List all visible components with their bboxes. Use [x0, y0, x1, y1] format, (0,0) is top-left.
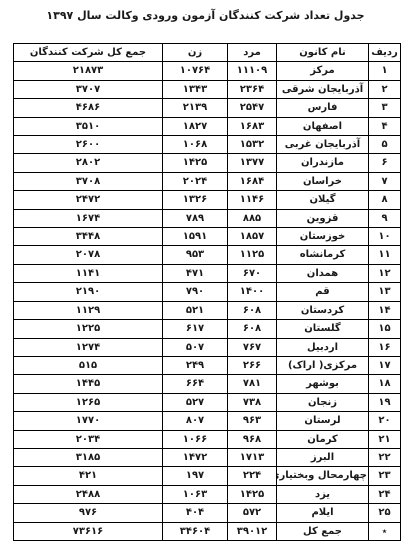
cell-total: ۲۸۰۲: [14, 154, 163, 172]
table-row: ۵آذربایجان غربی۱۵۳۲۱۰۶۸۲۶۰۰: [14, 136, 401, 154]
document-page: جدول تعداد شرکت کنندگان آزمون ورودی وکال…: [0, 0, 411, 560]
cell-women: ۶۱۷: [163, 320, 228, 338]
cell-women: ۱۵۹۱: [163, 228, 228, 246]
cell-row-number: ۱: [369, 62, 401, 80]
cell-women: ۵۲۱: [163, 301, 228, 319]
cell-bar-association: آذربایجان غربی: [277, 136, 369, 154]
cell-men: ۷۸۱: [228, 375, 277, 393]
cell-bar-association: اصفهان: [277, 117, 369, 135]
cell-row-number: ۱۶: [369, 338, 401, 356]
cell-men: ۹۶۳: [228, 412, 277, 430]
cell-men: ۱۶۸۴: [228, 172, 277, 190]
cell-total: ۲۰۳۴: [14, 430, 163, 448]
cell-row-number: ۲۲: [369, 448, 401, 466]
cell-men: ۶۷۰: [228, 264, 277, 282]
cell-men: ۲۶۶: [228, 356, 277, 374]
header-row: ردیف نام کانون مرد زن جمع کل شرکت کنندگا…: [14, 44, 401, 62]
cell-men: ۱۶۸۳: [228, 117, 277, 135]
cell-bar-association: خراسان: [277, 172, 369, 190]
cell-total: ۹۷۶: [14, 504, 163, 522]
cell-women: ۹۵۳: [163, 246, 228, 264]
cell-women: ۱۰۶۶: [163, 430, 228, 448]
table-row: ۱۲همدان۶۷۰۴۷۱۱۱۴۱: [14, 264, 401, 282]
column-header-bar-association: نام کانون: [277, 44, 369, 62]
cell-men: ۳۹۰۱۲: [228, 522, 277, 540]
cell-total: ۲۴۷۲: [14, 191, 163, 209]
cell-women: ۷۸۹: [163, 209, 228, 227]
cell-men: ۸۸۵: [228, 209, 277, 227]
cell-men: ۹۶۸: [228, 430, 277, 448]
table-row: ۱۰خوزستان۱۸۵۷۱۵۹۱۳۴۴۸: [14, 228, 401, 246]
cell-men: ۷۶۷: [228, 338, 277, 356]
cell-row-number: ۲۱: [369, 430, 401, 448]
cell-row-number: ۲۰: [369, 412, 401, 430]
cell-bar-association: اردبیل: [277, 338, 369, 356]
table-row: ۲۰لرستان۹۶۳۸۰۷۱۷۷۰: [14, 412, 401, 430]
cell-men: ۱۱۲۵: [228, 246, 277, 264]
cell-men: ۲۳۶۴: [228, 80, 277, 98]
cell-women: ۲۰۲۴: [163, 172, 228, 190]
cell-row-number: ۱۵: [369, 320, 401, 338]
cell-total: ۳۷۰۸: [14, 172, 163, 190]
cell-total: ۱۷۷۰: [14, 412, 163, 430]
table-row: ۱۳قم۱۴۰۰۷۹۰۲۱۹۰: [14, 283, 401, 301]
cell-row-number: ۲۴: [369, 485, 401, 503]
cell-women: ۸۰۷: [163, 412, 228, 430]
cell-men: ۱۱۴۶: [228, 191, 277, 209]
cell-women: ۱۹۷: [163, 467, 228, 485]
cell-men: ۱۸۵۷: [228, 228, 277, 246]
cell-men: ۱۳۷۷: [228, 154, 277, 172]
cell-total: ۳۴۴۸: [14, 228, 163, 246]
cell-women: ۱۴۲۵: [163, 154, 228, 172]
cell-total: ۲۴۸۸: [14, 485, 163, 503]
table-row: ٭جمع کل۳۹۰۱۲۳۴۶۰۴۷۳۶۱۶: [14, 522, 401, 540]
cell-women: ۱۰۷۶۴: [163, 62, 228, 80]
cell-total: ۱۱۴۱: [14, 264, 163, 282]
cell-bar-association: زنجان: [277, 393, 369, 411]
cell-men: ۲۲۴: [228, 467, 277, 485]
cell-women: ۴۷۱: [163, 264, 228, 282]
cell-total: ۱۶۷۴: [14, 209, 163, 227]
cell-total: ۱۲۶۵: [14, 393, 163, 411]
table-row: ۲۴یزد۱۴۲۵۱۰۶۳۲۴۸۸: [14, 485, 401, 503]
cell-bar-association: آذربایجان شرقی: [277, 80, 369, 98]
cell-bar-association: کرمانشاه: [277, 246, 369, 264]
cell-total: ۱۴۴۵: [14, 375, 163, 393]
cell-women: ۶۶۴: [163, 375, 228, 393]
cell-row-number: ۲: [369, 80, 401, 98]
column-header-men: مرد: [228, 44, 277, 62]
page-title: جدول تعداد شرکت کنندگان آزمون ورودی وکال…: [0, 9, 411, 22]
cell-row-number: ۹: [369, 209, 401, 227]
cell-total: ۲۶۰۰: [14, 136, 163, 154]
cell-bar-association: بوشهر: [277, 375, 369, 393]
table-row: ۷خراسان۱۶۸۴۲۰۲۴۳۷۰۸: [14, 172, 401, 190]
table-row: ۲۵ایلام۵۷۲۴۰۴۹۷۶: [14, 504, 401, 522]
cell-total: ۳۱۸۵: [14, 448, 163, 466]
table-row: ۱۱کرمانشاه۱۱۲۵۹۵۳۲۰۷۸: [14, 246, 401, 264]
cell-row-number: ۸: [369, 191, 401, 209]
cell-row-number: ۲۵: [369, 504, 401, 522]
cell-bar-association: ایلام: [277, 504, 369, 522]
cell-women: ۴۰۴: [163, 504, 228, 522]
table-row: ۱۷مرکزی( اراک)۲۶۶۲۴۹۵۱۵: [14, 356, 401, 374]
cell-bar-association: لرستان: [277, 412, 369, 430]
cell-men: ۱۵۳۲: [228, 136, 277, 154]
cell-women: ۱۳۴۳: [163, 80, 228, 98]
cell-row-number: ۱۳: [369, 283, 401, 301]
cell-total: ۱۲۷۴: [14, 338, 163, 356]
table-row: ۱۶اردبیل۷۶۷۵۰۷۱۲۷۴: [14, 338, 401, 356]
cell-bar-association: قم: [277, 283, 369, 301]
cell-bar-association: قزوین: [277, 209, 369, 227]
cell-women: ۵۰۷: [163, 338, 228, 356]
table-row: ۲آذربایجان شرقی۲۳۶۴۱۳۴۳۳۷۰۷: [14, 80, 401, 98]
cell-men: ۱۱۱۰۹: [228, 62, 277, 80]
table-row: ۲۳چهارمحال وبختیاری۲۲۴۱۹۷۴۲۱: [14, 467, 401, 485]
cell-total: ۲۱۸۷۳: [14, 62, 163, 80]
cell-total: ۳۵۱۰: [14, 117, 163, 135]
cell-row-number: ۲۳: [369, 467, 401, 485]
cell-row-number: ۱۸: [369, 375, 401, 393]
table-row: ۳فارس۲۵۴۷۲۱۳۹۴۶۸۶: [14, 99, 401, 117]
column-header-total: جمع کل شرکت کنندگان: [14, 44, 163, 62]
cell-bar-association: کردستان: [277, 301, 369, 319]
cell-women: ۱۰۶۸: [163, 136, 228, 154]
cell-total: ۳۷۰۷: [14, 80, 163, 98]
cell-row-number: ۵: [369, 136, 401, 154]
cell-women: ۲۴۹: [163, 356, 228, 374]
cell-bar-association: یزد: [277, 485, 369, 503]
column-header-women: زن: [163, 44, 228, 62]
cell-row-number: ۱۹: [369, 393, 401, 411]
cell-total: ۱۱۲۹: [14, 301, 163, 319]
cell-bar-association: مرکزی( اراک): [277, 356, 369, 374]
table-row: ۱۴کردستان۶۰۸۵۲۱۱۱۲۹: [14, 301, 401, 319]
cell-women: ۱۴۷۲: [163, 448, 228, 466]
cell-row-number: ۶: [369, 154, 401, 172]
cell-men: ۱۴۲۵: [228, 485, 277, 503]
cell-bar-association: البرز: [277, 448, 369, 466]
cell-row-number: ۳: [369, 99, 401, 117]
cell-bar-association: خوزستان: [277, 228, 369, 246]
cell-men: ۵۷۲: [228, 504, 277, 522]
table-row: ۲۲البرز۱۷۱۳۱۴۷۲۳۱۸۵: [14, 448, 401, 466]
table-row: ۶مازندران۱۳۷۷۱۴۲۵۲۸۰۲: [14, 154, 401, 172]
table-row: ۱۵گلستان۶۰۸۶۱۷۱۲۲۵: [14, 320, 401, 338]
cell-bar-association: کرمان: [277, 430, 369, 448]
table-row: ۱۹زنجان۷۳۸۵۲۷۱۲۶۵: [14, 393, 401, 411]
cell-bar-association: گلستان: [277, 320, 369, 338]
cell-total: ۵۱۵: [14, 356, 163, 374]
table-row: ۴اصفهان۱۶۸۳۱۸۲۷۳۵۱۰: [14, 117, 401, 135]
table-row: ۸گیلان۱۱۴۶۱۳۲۶۲۴۷۲: [14, 191, 401, 209]
cell-women: ۱۳۲۶: [163, 191, 228, 209]
cell-women: ۱۰۶۳: [163, 485, 228, 503]
cell-row-number: ۱۰: [369, 228, 401, 246]
cell-women: ۷۹۰: [163, 283, 228, 301]
participants-table: ردیف نام کانون مرد زن جمع کل شرکت کنندگا…: [13, 43, 401, 541]
cell-bar-association: فارس: [277, 99, 369, 117]
cell-row-number: ۱۷: [369, 356, 401, 374]
table-row: ۱۸بوشهر۷۸۱۶۶۴۱۴۴۵: [14, 375, 401, 393]
cell-men: ۶۰۸: [228, 301, 277, 319]
cell-bar-association: مازندران: [277, 154, 369, 172]
table-row: ۱مرکز۱۱۱۰۹۱۰۷۶۴۲۱۸۷۳: [14, 62, 401, 80]
cell-women: ۲۱۳۹: [163, 99, 228, 117]
cell-row-number: ۱۲: [369, 264, 401, 282]
cell-total: ۴۲۱: [14, 467, 163, 485]
cell-men: ۲۵۴۷: [228, 99, 277, 117]
cell-men: ۱۴۰۰: [228, 283, 277, 301]
cell-row-number: ۴: [369, 117, 401, 135]
cell-men: ۷۳۸: [228, 393, 277, 411]
cell-women: ۵۲۷: [163, 393, 228, 411]
cell-row-number: ٭: [369, 522, 401, 540]
cell-row-number: ۱۴: [369, 301, 401, 319]
cell-men: ۱۷۱۳: [228, 448, 277, 466]
column-header-row-number: ردیف: [369, 44, 401, 62]
cell-bar-association: جمع کل: [277, 522, 369, 540]
cell-bar-association: مرکز: [277, 62, 369, 80]
cell-row-number: ۷: [369, 172, 401, 190]
cell-bar-association: همدان: [277, 264, 369, 282]
cell-row-number: ۱۱: [369, 246, 401, 264]
cell-bar-association: گیلان: [277, 191, 369, 209]
cell-women: ۱۸۲۷: [163, 117, 228, 135]
cell-bar-association: چهارمحال وبختیاری: [277, 467, 369, 485]
table-row: ۹قزوین۸۸۵۷۸۹۱۶۷۴: [14, 209, 401, 227]
cell-women: ۳۴۶۰۴: [163, 522, 228, 540]
cell-total: ۷۳۶۱۶: [14, 522, 163, 540]
table-row: ۲۱کرمان۹۶۸۱۰۶۶۲۰۳۴: [14, 430, 401, 448]
cell-men: ۶۰۸: [228, 320, 277, 338]
cell-total: ۲۱۹۰: [14, 283, 163, 301]
cell-total: ۴۶۸۶: [14, 99, 163, 117]
cell-total: ۱۲۲۵: [14, 320, 163, 338]
cell-total: ۲۰۷۸: [14, 246, 163, 264]
